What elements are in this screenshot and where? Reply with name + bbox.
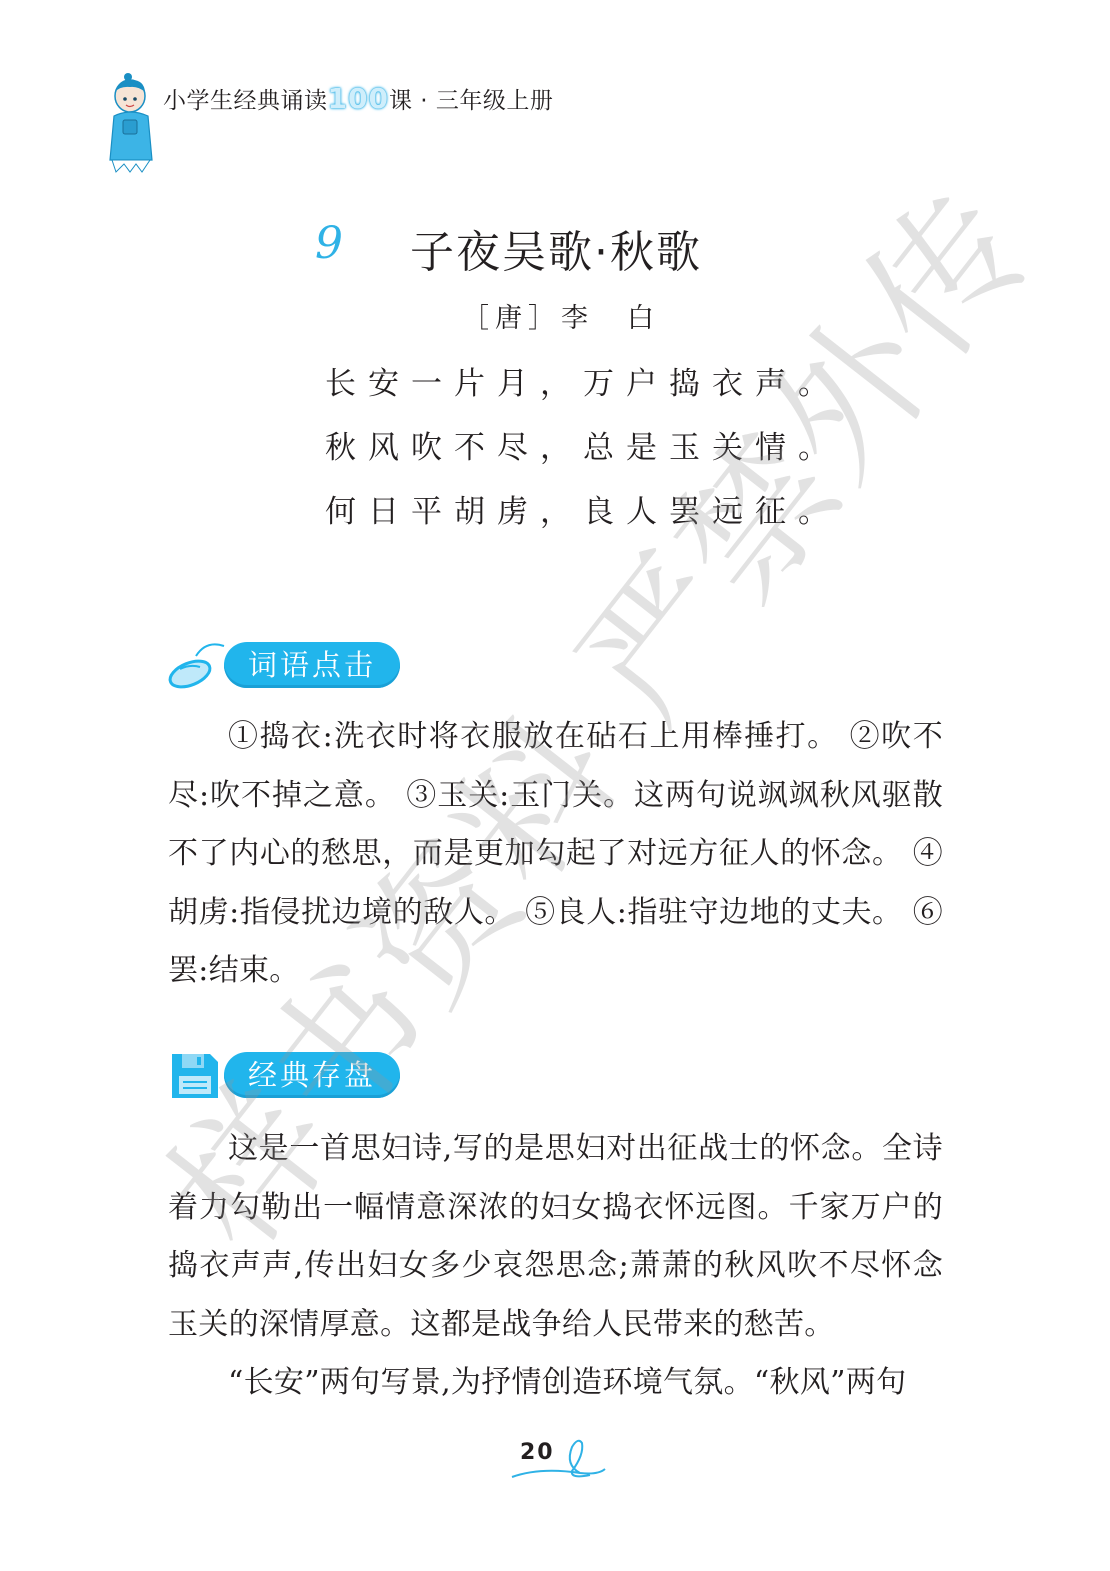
classic-section-header: 经典存盘 <box>166 1044 406 1104</box>
vocab-notes: ①捣衣:洗衣时将衣服放在砧石上用棒捶打。 ②吹不尽:吹不掉之意。 ③玉关:玉门关… <box>168 708 943 1001</box>
poem-line: 秋风吹不尽，总是玉关情。 <box>325 426 841 490</box>
poem-author: ［唐］李 白 <box>462 296 660 335</box>
floppy-disk-icon <box>166 1044 226 1104</box>
classic-section-label: 经典存盘 <box>224 1052 400 1098</box>
poem-line: 长安一片月，万户捣衣声。 <box>325 362 841 426</box>
lesson-number: 9 <box>315 218 343 269</box>
computer-mouse-icon <box>166 634 226 694</box>
analysis-paragraph: 这是一首思妇诗,写的是思妇对出征战士的怀念。全诗着力勾勒出一幅情意深浓的妇女捣衣… <box>168 1120 943 1354</box>
vocab-notes-text: ①捣衣:洗衣时将衣服放在砧石上用棒捶打。 ②吹不尽:吹不掉之意。 ③玉关:玉门关… <box>168 708 943 1001</box>
book-title-prefix: 小学生经典诵读 <box>163 88 328 114</box>
book-title-suffix: 课 · 三年级上册 <box>389 88 553 114</box>
lesson-title: 子夜吴歌·秋歌 <box>410 216 702 280</box>
vocab-section-label: 词语点击 <box>224 642 400 688</box>
vocab-section-header: 词语点击 <box>166 634 406 694</box>
classic-analysis: 这是一首思妇诗,写的是思妇对出征战士的怀念。全诗着力勾勒出一幅情意深浓的妇女捣衣… <box>168 1120 943 1413</box>
book-title-number: 100 <box>328 82 389 115</box>
book-header: 小学生经典诵读100课 · 三年级上册 <box>108 72 708 182</box>
page-number: 20 <box>520 1440 555 1465</box>
analysis-paragraph: “长安”两句写景,为抒情创造环境气氛。“秋风”两句 <box>168 1354 943 1413</box>
poem-body: 长安一片月，万户捣衣声。 秋风吹不尽，总是玉关情。 何日平胡虏，良人罢远征。 <box>325 362 841 554</box>
scholar-boy-icon <box>108 72 164 176</box>
book-title: 小学生经典诵读100课 · 三年级上册 <box>163 82 553 115</box>
poem-line: 何日平胡虏，良人罢远征。 <box>325 490 841 554</box>
